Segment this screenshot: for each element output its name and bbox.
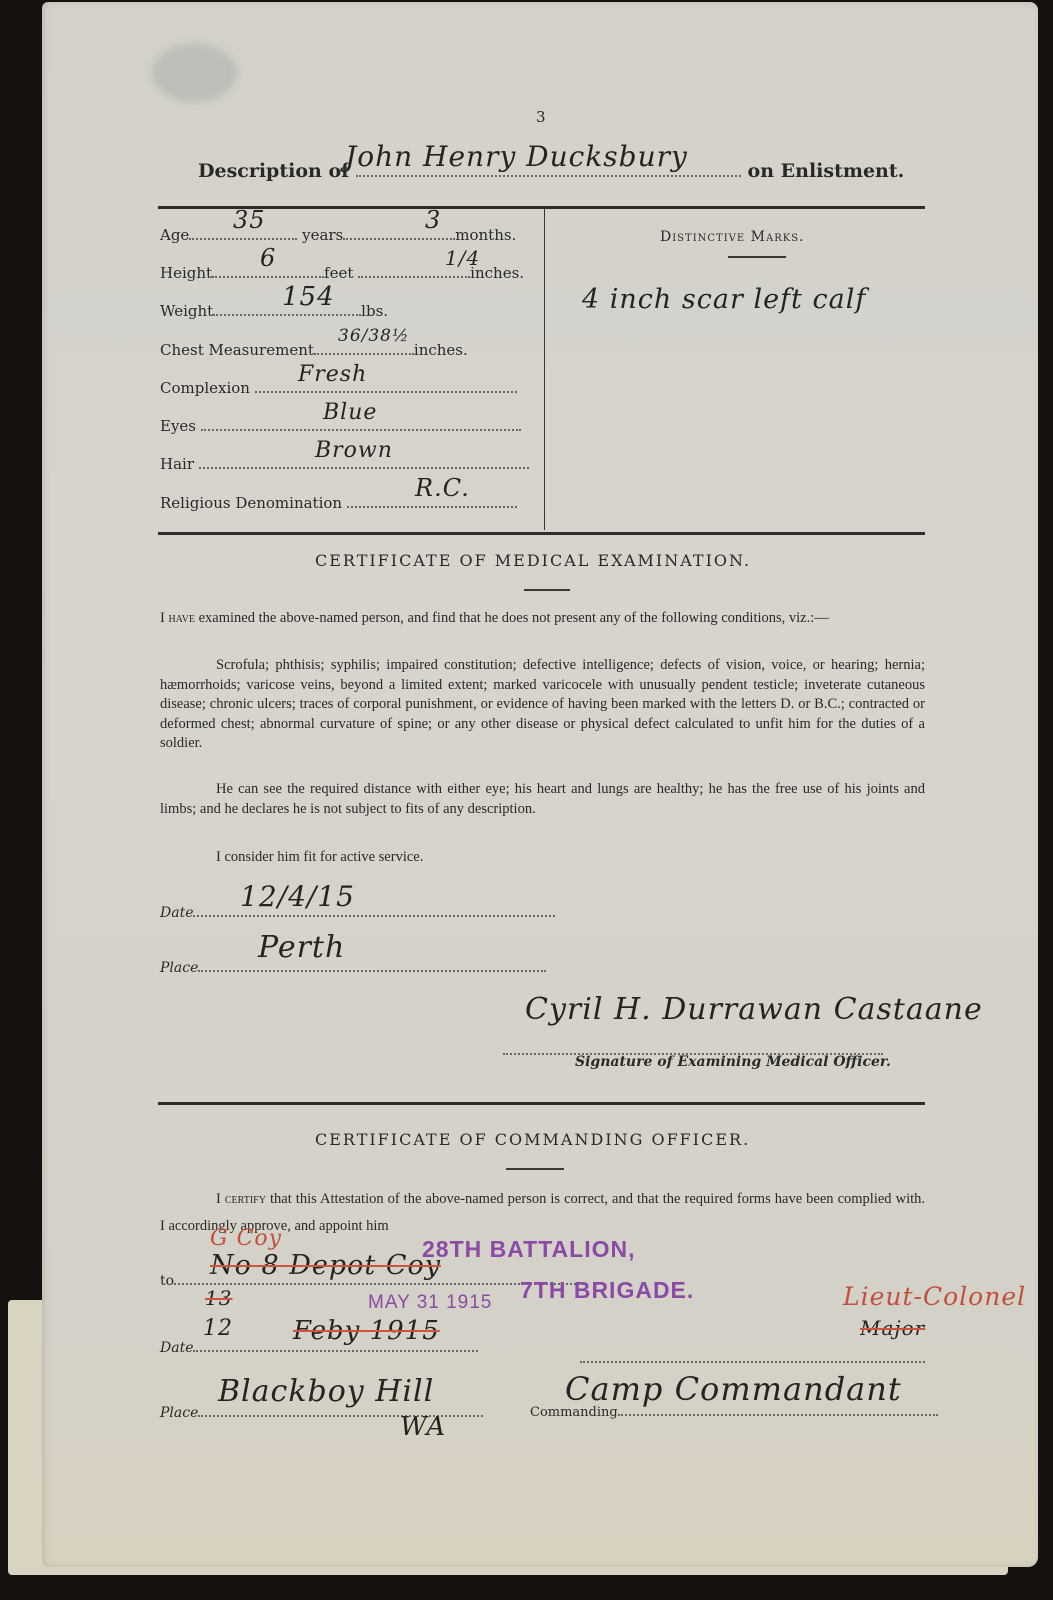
chest-value: 36/38½ bbox=[338, 326, 409, 346]
date-stamp: MAY 31 1915 bbox=[368, 1292, 492, 1314]
battalion-stamp-line2: 7TH BRIGADE. bbox=[520, 1277, 694, 1304]
commanding-place-value: Blackboy Hill bbox=[218, 1374, 434, 1409]
complexion-value: Fresh bbox=[298, 362, 367, 387]
medical-officer-signature: Cyril H. Durrawan Castaane bbox=[525, 992, 983, 1027]
chest-row: Chest Measurementinches. bbox=[160, 341, 468, 359]
paper-stain bbox=[152, 44, 237, 102]
medical-certificate-heading: CERTIFICATE OF MEDICAL EXAMINATION. bbox=[315, 551, 751, 570]
heading-underline bbox=[524, 589, 570, 591]
heading-underline bbox=[728, 256, 786, 258]
distinctive-marks-value: 4 inch scar left calf bbox=[582, 284, 866, 315]
age-row: Age yearsmonths. bbox=[160, 226, 516, 244]
to-value-struck: No 8 Depot Coy bbox=[210, 1250, 441, 1281]
commanding-place-state: WA bbox=[400, 1412, 446, 1442]
heading-underline bbox=[506, 1168, 564, 1170]
eyes-value: Blue bbox=[323, 400, 377, 425]
height-feet-value: 6 bbox=[260, 244, 276, 272]
medical-date-value: 12/4/15 bbox=[240, 880, 355, 913]
medical-intro: I have examined the above-named person, … bbox=[160, 609, 925, 629]
recruit-name: John Henry Ducksbury bbox=[345, 140, 688, 173]
to-value-correction: G Coy bbox=[210, 1226, 282, 1251]
section-divider bbox=[158, 1102, 925, 1105]
medical-eyesight: He can see the required distance with ei… bbox=[160, 780, 925, 819]
hair-value: Brown bbox=[315, 438, 393, 463]
section-divider bbox=[158, 532, 925, 535]
age-months-value: 3 bbox=[425, 206, 441, 234]
commanding-value: Camp Commandant bbox=[565, 1370, 902, 1408]
section-divider bbox=[158, 206, 925, 209]
title-suffix: on Enlistment. bbox=[748, 160, 905, 182]
name-dotted-line bbox=[356, 174, 741, 177]
commanding-date-value: Feby 1915 bbox=[293, 1316, 440, 1346]
age-years-value: 35 bbox=[233, 206, 266, 234]
medical-place-row: Place bbox=[160, 960, 546, 976]
medical-fitness: I consider him fit for active service. bbox=[160, 848, 925, 868]
height-inches-value: 1/4 bbox=[445, 246, 480, 270]
title-prefix: Description of bbox=[198, 160, 349, 182]
commanding-certificate-heading: CERTIFICATE OF COMMANDING OFFICER. bbox=[315, 1130, 750, 1149]
rank-struck: Major bbox=[860, 1316, 925, 1340]
battalion-stamp-line1: 28TH BATTALION, bbox=[422, 1236, 635, 1263]
date-day-struck: 13 bbox=[205, 1286, 232, 1310]
weight-value: 154 bbox=[282, 282, 335, 312]
date-day: 12 bbox=[203, 1316, 233, 1341]
rank-correction: Lieut-Colonel bbox=[843, 1282, 1026, 1311]
signature-caption: Signature of Examining Medical Officer. bbox=[575, 1054, 891, 1070]
religion-value: R.C. bbox=[415, 474, 470, 502]
medical-date-row: Date bbox=[160, 905, 555, 921]
distinctive-marks-heading: Distinctive Marks. bbox=[660, 229, 805, 245]
medical-conditions: Scrofula; phthisis; syphilis; impaired c… bbox=[160, 656, 925, 754]
medical-place-value: Perth bbox=[258, 930, 345, 965]
commanding-signature-line bbox=[580, 1348, 925, 1367]
page-number: 3 bbox=[536, 108, 546, 126]
column-divider bbox=[544, 208, 545, 530]
weight-row: Weightlbs. bbox=[160, 302, 388, 320]
